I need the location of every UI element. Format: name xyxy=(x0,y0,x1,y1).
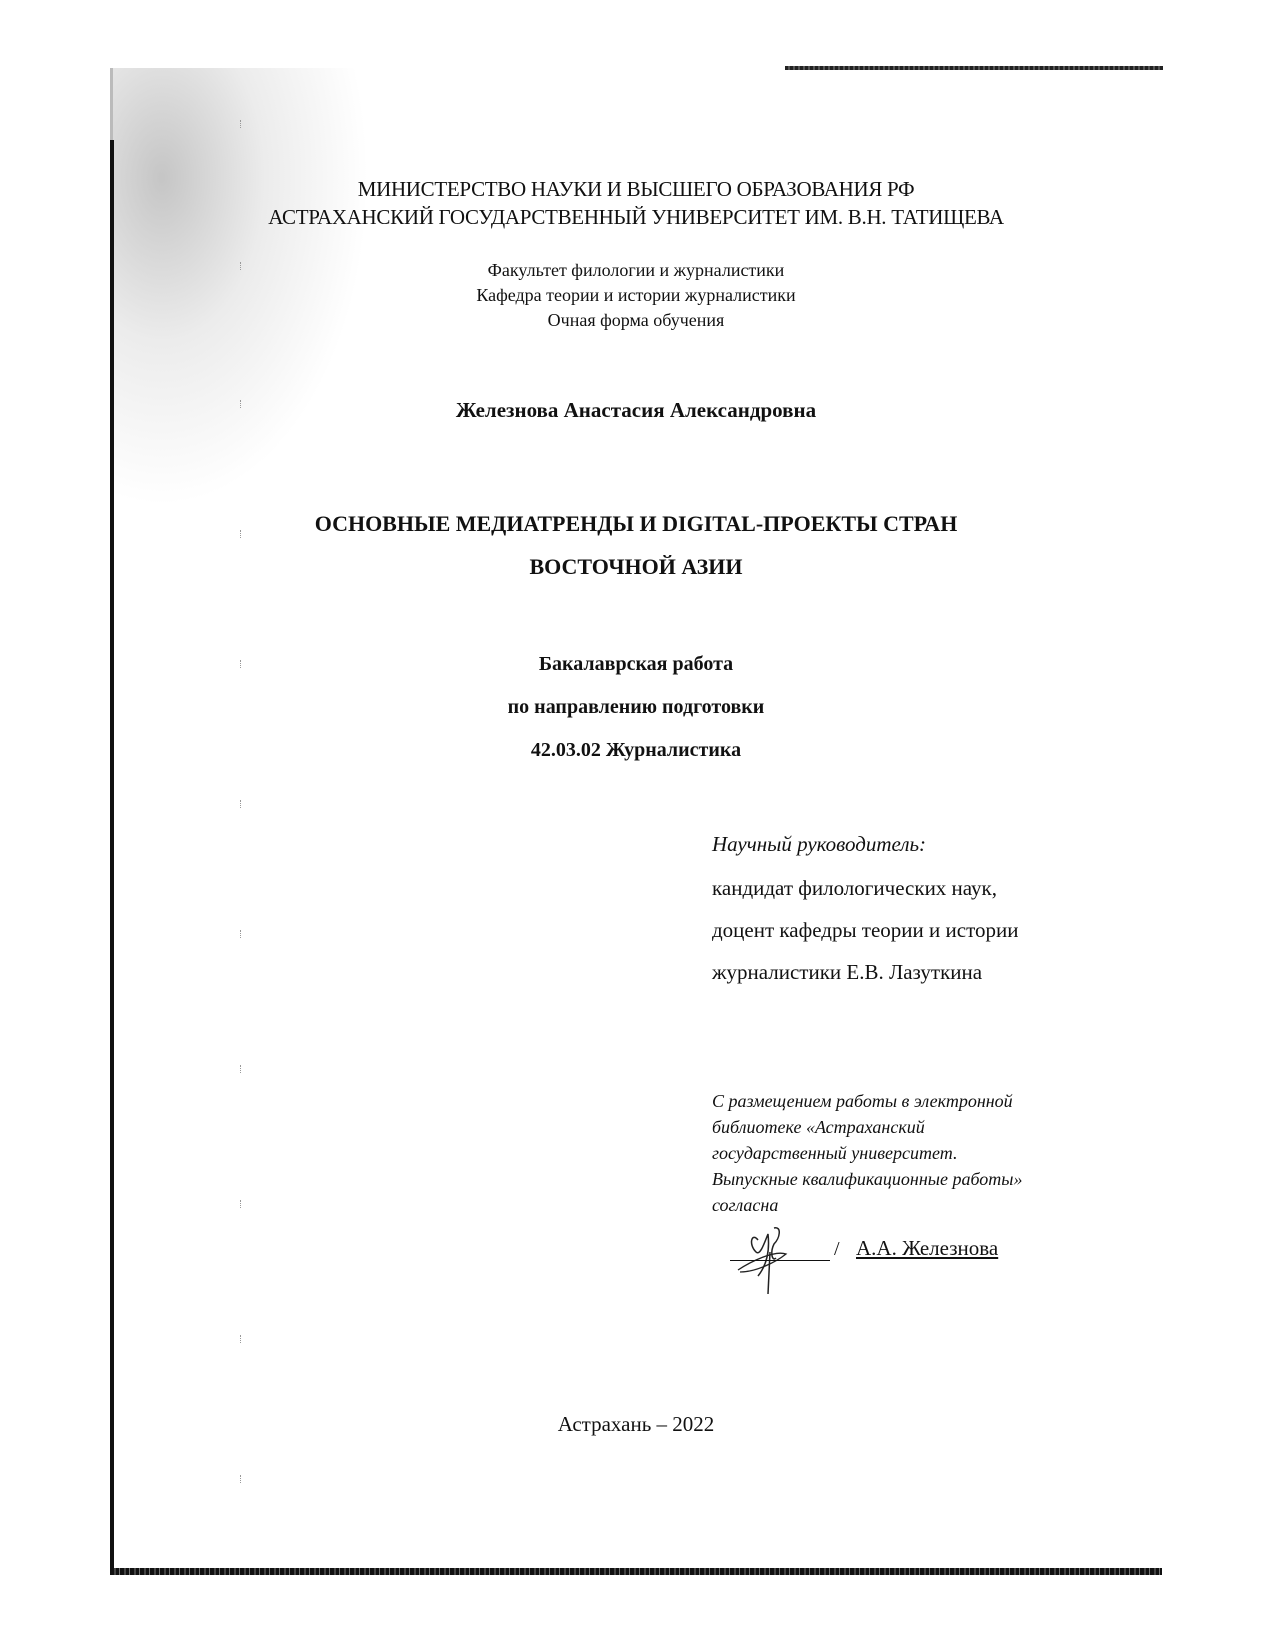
supervisor-label: Научный руководитель: xyxy=(712,832,1152,857)
margin-mark xyxy=(240,1335,243,1343)
study-form: Очная форма обучения xyxy=(110,308,1162,333)
signature-separator: / xyxy=(834,1238,840,1261)
work-type-line1: Бакалаврская работа xyxy=(110,643,1162,686)
supervisor-degree: кандидат филологических наук, xyxy=(712,867,1152,909)
margin-mark xyxy=(240,1065,243,1073)
work-type: Бакалаврская работа по направлению подго… xyxy=(110,643,1162,772)
author-name: Железнова Анастасия Александровна xyxy=(110,398,1162,423)
supervisor-name: журналистики Е.В. Лазуткина xyxy=(712,951,1152,993)
margin-mark xyxy=(240,930,243,938)
work-type-line3: 42.03.02 Журналистика xyxy=(110,729,1162,772)
margin-mark xyxy=(240,1200,243,1208)
consent-line5: согласна xyxy=(712,1192,1152,1218)
consent-block: С размещением работы в электронной библи… xyxy=(712,1088,1152,1218)
faculty-block: Факультет филологии и журналистики Кафед… xyxy=(110,258,1162,333)
margin-mark xyxy=(240,800,243,808)
supervisor-block: Научный руководитель: кандидат филологич… xyxy=(712,832,1152,993)
consent-line2: библиотеке «Астраханский xyxy=(712,1114,1152,1140)
page-edge-left-top xyxy=(110,68,113,140)
signature-line xyxy=(730,1260,830,1261)
page-edge-left xyxy=(110,140,114,1575)
consent-line4: Выпускные квалификационные работы» xyxy=(712,1166,1152,1192)
university-name: АСТРАХАНСКИЙ ГОСУДАРСТВЕННЫЙ УНИВЕРСИТЕТ… xyxy=(110,203,1162,231)
thesis-title-line2: ВОСТОЧНОЙ АЗИИ xyxy=(110,545,1162,588)
supervisor-info: кандидат филологических наук, доцент каф… xyxy=(712,867,1152,993)
ministry-name: МИНИСТЕРСТВО НАУКИ И ВЫСШЕГО ОБРАЗОВАНИЯ… xyxy=(110,175,1162,203)
signer-name: А.А. Железнова xyxy=(856,1236,998,1261)
margin-mark xyxy=(240,1475,243,1483)
signature-row: / А.А. Железнова xyxy=(730,1232,1170,1292)
thesis-title: ОСНОВНЫЕ МЕДИАТРЕНДЫ И DIGITAL-ПРОЕКТЫ С… xyxy=(110,502,1162,588)
work-type-line2: по направлению подготовки xyxy=(110,686,1162,729)
margin-mark xyxy=(240,120,243,128)
supervisor-position: доцент кафедры теории и истории xyxy=(712,909,1152,951)
consent-line3: государственный университет. xyxy=(712,1140,1152,1166)
page-edge-bottom xyxy=(110,1568,1162,1575)
institution-header: МИНИСТЕРСТВО НАУКИ И ВЫСШЕГО ОБРАЗОВАНИЯ… xyxy=(110,175,1162,231)
page-edge-top xyxy=(785,66,1163,70)
consent-line1: С размещением работы в электронной xyxy=(712,1088,1152,1114)
thesis-title-line1: ОСНОВНЫЕ МЕДИАТРЕНДЫ И DIGITAL-ПРОЕКТЫ С… xyxy=(110,502,1162,545)
faculty-name: Факультет филологии и журналистики xyxy=(110,258,1162,283)
city-year: Астрахань – 2022 xyxy=(110,1412,1162,1437)
department-name: Кафедра теории и истории журналистики xyxy=(110,283,1162,308)
